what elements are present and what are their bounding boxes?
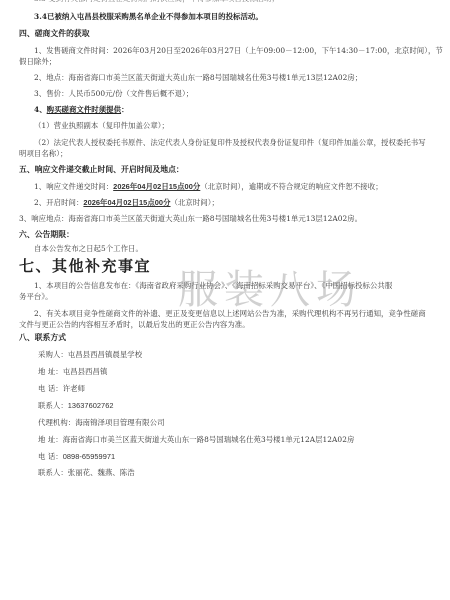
- s7-item2-line1: 2、有关本项目竞争性磋商文件的补遗、更正及变更信息以上述网站公告为准，采购代理机…: [34, 309, 426, 319]
- agency-label: 代理机构：: [38, 418, 75, 427]
- agency-address-value: 海南省海口市美兰区蓝天街道大英山东一路8号国瑞城名仕苑3号楼1单元12A层12A…: [63, 435, 355, 444]
- s4-item4-label: 购买磋商文件时须提供: [47, 105, 121, 114]
- s4-item4-prefix: 4、: [34, 105, 47, 114]
- purchaser-contact-label: 联系人：: [38, 401, 68, 410]
- agency-value: 海南锦泽项目管理有限公司: [75, 418, 164, 427]
- s5-item3: 3、响应地点：海南省海口市美兰区蓝天街道大英山东一路8号国瑞城名仕苑3号楼1单元…: [19, 214, 362, 224]
- purchaser-address-value: 屯昌县西昌镇: [63, 367, 108, 376]
- s4-item4-suffix: ：: [121, 105, 128, 114]
- agency-contact-value: 张丽花、魏燕、陈浩: [68, 468, 135, 477]
- purchaser-contact-value: 13637602762: [68, 401, 114, 410]
- s7-item1-line2: 务平台》。: [19, 292, 53, 302]
- purchaser-row: 采购人：屯昌县西昌镇晨星学校: [38, 350, 142, 360]
- section-6-title: 六、公告期限：: [19, 230, 74, 240]
- s4-item1-line1: 1、发售磋商文件时间：2026年03月20日至2026年03月27日（上午09:…: [34, 46, 443, 56]
- s4-item3: 3、售价：人民币500元/份（文件售后概不退）；: [34, 89, 193, 99]
- s4-item4: 4、购买磋商文件时须提供：: [34, 105, 129, 115]
- purchaser-label: 采购人：: [38, 350, 68, 359]
- s4-sub2-line2: 明项目名称）；: [19, 149, 67, 159]
- s5-item2-date: 2026年04月02日15点00分: [83, 198, 170, 207]
- purchaser-phone-value: 许老师: [63, 384, 85, 393]
- s5-item2: 2、开启时间：2026年04月02日15点00分（北京时间）；: [34, 198, 219, 208]
- agency-address-row: 地 址：海南省海口市美兰区蓝天街道大英山东一路8号国瑞城名仕苑3号楼1单元12A…: [38, 435, 354, 445]
- s4-sub2-line1: （2）法定代表人授权委托书原件、法定代表人身份证复印件及授权代表身份证复印件（复…: [34, 138, 426, 148]
- s4-sub1: （1）营业执照副本（复印件加盖公章）；: [34, 121, 169, 131]
- agency-phone-row: 电 话：0898-65959971: [38, 452, 115, 462]
- s5-item1-suffix: （北京时间），逾期或不符合规定的响应文件恕不接收；: [200, 182, 382, 191]
- purchaser-address-row: 地 址：屯昌县西昌镇: [38, 367, 107, 377]
- item-3-4: 3.4已被纳入屯昌县校服采购黑名单企业不得参加本项目的投标活动。: [34, 12, 263, 22]
- section-7-title: 七、其他补充事宜: [19, 257, 151, 275]
- document-page: 3.3 受到有关部门处罚且在处罚期内的供应商，不得参加本项目投标活动； 3.4已…: [0, 0, 450, 600]
- section-5-title: 五、响应文件递交截止时间、开启时间及地点：: [19, 165, 184, 175]
- agency-phone-label: 电 话：: [38, 452, 63, 461]
- cut-off-line: 3.3 受到有关部门处罚且在处罚期内的供应商，不得参加本项目投标活动；: [34, 0, 279, 4]
- s6-body: 自本公告发布之日起5个工作日。: [34, 244, 143, 254]
- purchaser-contact-row: 联系人：13637602762: [38, 401, 114, 411]
- purchaser-address-label: 地 址：: [38, 367, 63, 376]
- agency-phone-value: 0898-65959971: [63, 452, 115, 461]
- agency-row: 代理机构：海南锦泽项目管理有限公司: [38, 418, 165, 428]
- purchaser-phone-row: 电 话：许老师: [38, 384, 85, 394]
- s4-item1-line2: 假日除外；: [19, 57, 56, 67]
- agency-contact-row: 联系人：张丽花、魏燕、陈浩: [38, 468, 135, 478]
- agency-address-label: 地 址：: [38, 435, 63, 444]
- section-4-title: 四、磋商文件的获取: [19, 29, 90, 39]
- s5-item2-suffix: （北京时间）；: [171, 198, 219, 207]
- s5-item2-prefix: 2、开启时间：: [34, 198, 83, 207]
- s7-item2-line2: 文件与更正公告的内容相互矛盾时，以最后发出的更正公告内容为准。: [19, 320, 250, 330]
- agency-contact-label: 联系人：: [38, 468, 68, 477]
- s5-item1: 1、响应文件递交时间：2026年04月02日15点00分（北京时间），逾期或不符…: [34, 182, 383, 192]
- purchaser-phone-label: 电 话：: [38, 384, 63, 393]
- purchaser-value: 屯昌县西昌镇晨星学校: [68, 350, 142, 359]
- s4-item2: 2、地点：海南省海口市美兰区蓝天街道大英山东一路8号国瑞城名仕苑3号楼1单元13…: [34, 73, 362, 83]
- section-8-title: 八、联系方式: [19, 333, 66, 343]
- s7-item1-line1: 1、本项目的公告信息发布在：《海南省政府采购行业协会》、《海南招标采购交易平台》…: [34, 281, 392, 291]
- s5-item1-date: 2026年04月02日15点00分: [113, 182, 200, 191]
- s5-item1-prefix: 1、响应文件递交时间：: [34, 182, 113, 191]
